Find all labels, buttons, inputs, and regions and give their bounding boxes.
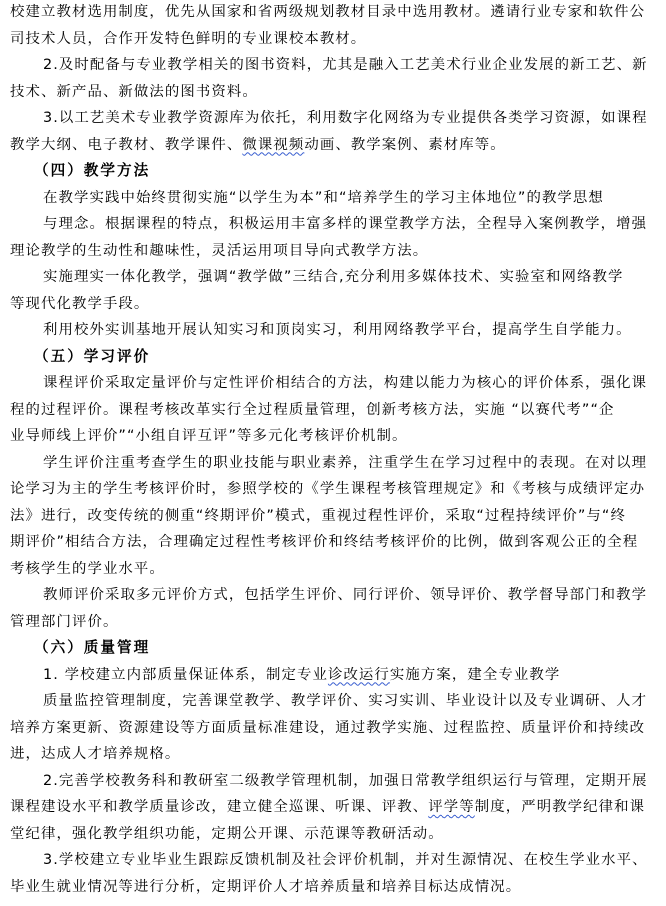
text-segment: 实施方案，建全专业教学 <box>390 667 560 683</box>
section-heading: （五）学习评价 <box>10 344 658 371</box>
spellcheck-flagged-text[interactable]: 评学等 <box>428 799 474 815</box>
paragraph-first-line: 实施理实一体化教学，强调“教学做”三结合,充分利用多媒体技术、实验室和网络教学 <box>10 264 658 291</box>
paragraph-line: 程的过程评价。课程考核改革实行全过程质量管理，创新考核方法，实施 “以赛代考”“… <box>10 397 658 424</box>
section-heading: （四）教学方法 <box>10 158 658 185</box>
paragraph-line: 毕业生就业情况等进行分析，定期评价人才培养质量和培养目标达成情况。 <box>10 874 658 901</box>
paragraph-first-line: 3.学校建立专业毕业生跟踪反馈机制及社会评价机制，并对生源情况、在校生学业水平、 <box>10 847 658 874</box>
paragraph-first-line: 在教学实践中始终贯彻实施“以学生为本”和“培养学生的学习主体地位”的教学思想 <box>10 185 658 212</box>
paragraph-first-line: 学生评价注重考查学生的职业技能与职业素养，注重学生在学习过程中的表现。在对以理 <box>10 450 658 477</box>
text-segment: 动画、教学案例、素材库等。 <box>304 137 505 153</box>
paragraph-first-line: 与理念。根据课程的特点，积极运用丰富多样的课堂教学方法，全程导入案例教学，增强 <box>10 211 658 238</box>
paragraph-line: 技术、新产品、新做法的图书资料。 <box>10 79 658 106</box>
paragraph-line: 司技术人员，合作开发特色鲜明的专业课校本教材。 <box>10 26 658 53</box>
paragraph-first-line: 1. 学校建立内部质量保证体系，制定专业诊改运行实施方案，建全专业教学 <box>10 662 658 689</box>
paragraph-first-line: 课程评价采取定量评价与定性评价相结合的方法，构建以能力为核心的评价体系，强化课 <box>10 370 658 397</box>
paragraph-first-line: 2.及时配备与专业教学相关的图书资料，尤其是融入工艺美术行业企业发展的新工艺、新 <box>10 52 658 79</box>
text-segment: 教学大纲、电子教材、教学课件、 <box>10 137 242 153</box>
paragraph-line: 培养方案更新、资源建设等方面质量标准建设，通过教学实施、过程监控、质量评价和持续… <box>10 715 658 742</box>
paragraph-line: 管理部门评价。 <box>10 609 658 636</box>
section-heading: （六）质量管理 <box>10 635 658 662</box>
paragraph-line: 论学习为主的学生考核评价时，参照学校的《学生课程考核管理规定》和《考核与成绩评定… <box>10 476 658 503</box>
paragraph-first-line: 3.以工艺美术专业教学资源库为依托，利用数字化网络为专业提供各类学习资源，如课程 <box>10 105 658 132</box>
paragraph-line: 等现代化教学手段。 <box>10 291 658 318</box>
text-segment: 制度，严明教学纪律和课 <box>475 799 645 815</box>
spellcheck-flagged-text[interactable]: 诊改运行 <box>328 667 390 683</box>
paragraph-line: 考核学生的学业水平。 <box>10 556 658 583</box>
spellcheck-flagged-text[interactable]: 微课视频 <box>242 137 304 153</box>
text-segment: 课程建设水平和教学质量诊改，建立健全巡课、听课、评教、 <box>10 799 428 815</box>
paragraph-first-line: 利用校外实训基地开展认知实习和顶岗实习，利用网络教学平台，提高学生自学能力。 <box>10 317 658 344</box>
text-segment: 1. 学校建立内部质量保证体系，制定专业 <box>43 667 328 683</box>
document-page: 校建立教材选用制度，优先从国家和省两级规划教材目录中选用教材。遴请行业专家和软件… <box>0 0 666 905</box>
paragraph-first-line: 质量监控管理制度，完善课堂教学、教学评价、实习实训、毕业设计以及专业调研、人才 <box>10 688 658 715</box>
paragraph-first-line: 2.完善学校教务科和教研室二级教学管理机制，加强日常教学组织运行与管理，定期开展 <box>10 768 658 795</box>
paragraph-line: 期评价”相结合方法，合理确定过程性考核评价和终结考核评价的比例，做到客观公正的全… <box>10 529 658 556</box>
paragraph-line: 教学大纲、电子教材、教学课件、微课视频动画、教学案例、素材库等。 <box>10 132 658 159</box>
paragraph-line: 堂纪律，强化教学组织功能，定期公开课、示范课等教研活动。 <box>10 821 658 848</box>
paragraph-line: 进，达成人才培养规格。 <box>10 741 658 768</box>
paragraph-line: 课程建设水平和教学质量诊改，建立健全巡课、听课、评教、评学等制度，严明教学纪律和… <box>10 794 658 821</box>
paragraph-line: 理论教学的生动性和趣味性，灵活运用项目导向式教学方法。 <box>10 238 658 265</box>
paragraph-line: 法》进行，改变传统的侧重“终期评价”模式，重视过程性评价，采取“过程持续评价”与… <box>10 503 658 530</box>
paragraph-line: 校建立教材选用制度，优先从国家和省两级规划教材目录中选用教材。遴请行业专家和软件… <box>10 0 658 26</box>
paragraph-first-line: 教师评价采取多元评价方式，包括学生评价、同行评价、领导评价、教学督导部门和教学 <box>10 582 658 609</box>
paragraph-line: 业导师线上评价”“小组自评互评”等多元化考核评价机制。 <box>10 423 658 450</box>
